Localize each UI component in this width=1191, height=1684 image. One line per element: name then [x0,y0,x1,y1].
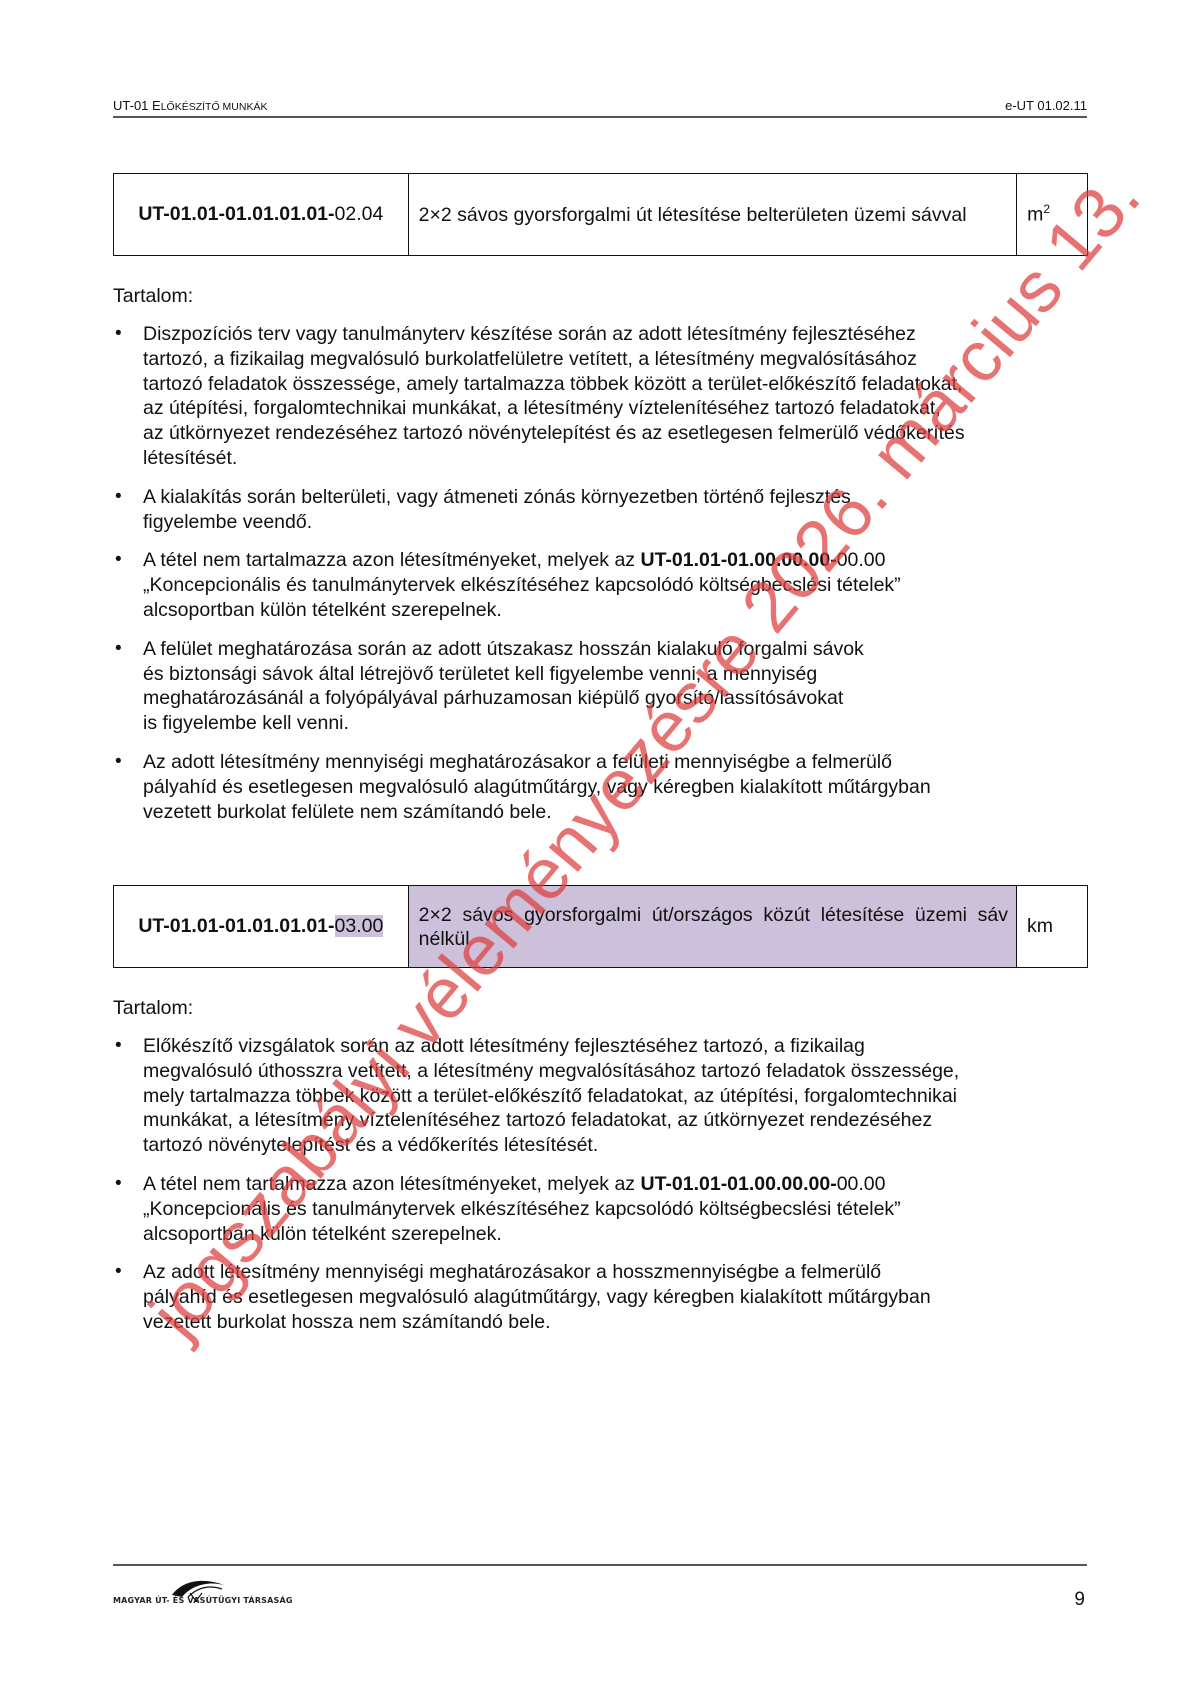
list-item: Az adott létesítmény mennyiségi meghatár… [113,750,1088,824]
content-label: Tartalom: [113,285,193,308]
document-code: e-UT 01.02.11 [1005,98,1087,113]
list-item: A kialakítás során belterületi, vagy átm… [113,485,1088,535]
page-number: 9 [1074,1589,1085,1611]
highlighted-code-suffix: 03.00 [335,915,384,937]
item-unit: m2 [1017,174,1088,256]
publisher-logo: MAGYAR ÚT- ÉS VASÚTÜGYI TÁRSASÁG [113,1575,283,1615]
item-table-02-04: UT-01.01-01.01.01.01-02.04 2×2 sávos gyo… [113,173,1088,256]
list-item: A felület meghatározása során az adott ú… [113,637,1088,736]
item-1-bullet-list: Diszpozíciós terv vagy tanulmányterv kés… [113,322,1088,838]
item-2-bullet-list: Előkészítő vizsgálatok során az adott lé… [113,1034,1088,1349]
page-header: UT-01 ELŐKÉSZÍTŐ MUNKÁK e-UT 01.02.11 [113,92,1087,118]
item-code: UT-01.01-01.01.01.01-02.04 [114,174,409,256]
document-section-title: UT-01 ELŐKÉSZÍTŐ MUNKÁK [113,98,267,113]
publisher-name: MAGYAR ÚT- ÉS VASÚTÜGYI TÁRSASÁG [113,1596,293,1605]
list-item: Diszpozíciós terv vagy tanulmányterv kés… [113,322,1088,471]
item-description: 2×2 sávos gyorsforgalmi út/országos közú… [408,886,1016,968]
list-item: Az adott létesítmény mennyiségi meghatár… [113,1260,1088,1334]
list-item: Előkészítő vizsgálatok során az adott lé… [113,1034,1088,1158]
content-label: Tartalom: [113,997,193,1020]
item-description: 2×2 sávos gyorsforgalmi út létesítése be… [408,174,1016,256]
item-code: UT-01.01-01.01.01.01-03.00 [114,886,409,968]
item-unit: km [1017,886,1088,968]
item-table-03-00: UT-01.01-01.01.01.01-03.00 2×2 sávos gyo… [113,885,1088,968]
list-item: A tétel nem tartalmazza azon létesítmény… [113,1172,1088,1246]
list-item: A tétel nem tartalmazza azon létesítmény… [113,548,1088,622]
footer-divider [113,1564,1087,1566]
